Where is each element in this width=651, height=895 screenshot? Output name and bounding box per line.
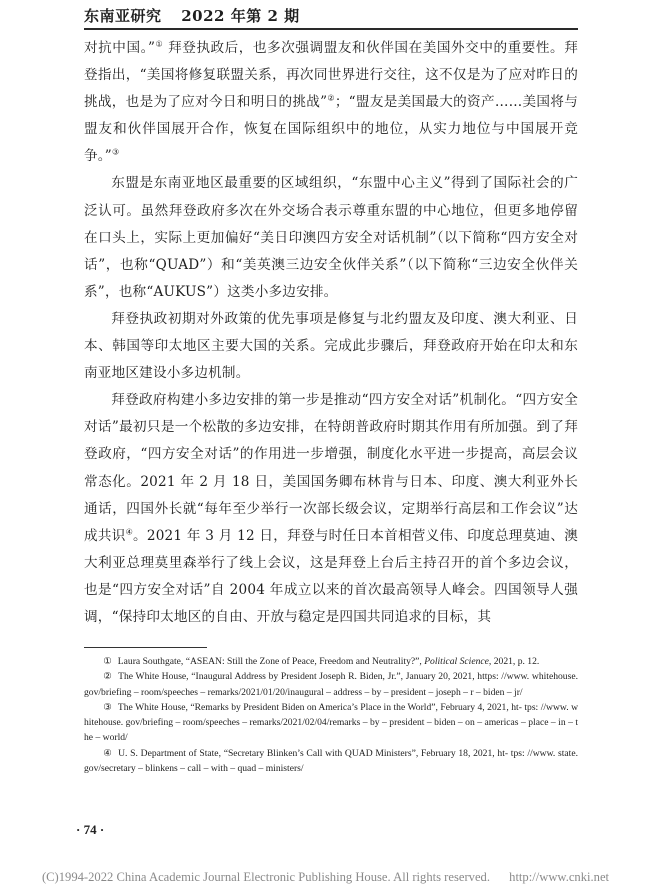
footnotes: ①Laura Southgate, “ASEAN: Still the Zone… [84,654,578,776]
footnote: ①Laura Southgate, “ASEAN: Still the Zone… [84,654,578,669]
footnote-text: The White House, “Remarks by President B… [84,702,578,744]
text-run: 东盟是东南亚地区最重要的区域组织，“东盟中心主义”得到了国际社会的广泛认可。虽然… [84,175,578,299]
footnote-divider [84,647,207,648]
footnote-text: U. S. Department of State, “Secretary Bl… [84,748,578,774]
text-run: 拜登政府构建小多边安排的第一步是推动“四方安全对话”机制化。“四方安全对话”最初… [84,392,578,543]
issue-label: 2022 年第 2 期 [181,7,299,25]
footnote-text: , 2021, p. 12. [489,656,539,667]
footnote-text: The White House, “Inaugural Address by P… [84,671,578,697]
footnote-number: ④ [103,748,112,759]
text-run: 对抗中国。” [84,40,155,56]
footnote-number: ③ [103,702,112,713]
copyright-text: (C)1994-2022 China Academic Journal Elec… [42,870,490,884]
footnote-text: Laura Southgate, “ASEAN: Still the Zone … [118,656,424,667]
copyright-footer: (C)1994-2022 China Academic Journal Elec… [0,870,651,885]
footnote: ③The White House, “Remarks by President … [84,700,578,746]
footnote-ref[interactable]: ④ [126,527,133,536]
paragraph: 东盟是东南亚地区最重要的区域组织，“东盟中心主义”得到了国际社会的广泛认可。虽然… [84,170,578,305]
paragraph: 拜登政府构建小多边安排的第一步是推动“四方安全对话”机制化。“四方安全对话”最初… [84,387,578,631]
footnote-ref[interactable]: ① [155,39,163,48]
footnote-ref[interactable]: ③ [112,148,119,157]
footnote-number: ① [103,656,112,667]
page-number: · 74 · [76,822,104,838]
footnote-number: ② [103,671,112,682]
footnote: ④U. S. Department of State, “Secretary B… [84,746,578,777]
running-header: 东南亚研究 2022 年第 2 期 [84,6,578,30]
paragraph: 拜登执政初期对外政策的优先事项是修复与北约盟友及印度、澳大利亚、日本、韩国等印太… [84,306,578,387]
body-text: 对抗中国。”① 拜登执政后，也多次强调盟友和伙伴国在美国外交中的重要性。拜登指出… [84,35,578,631]
journal-title: 东南亚研究 [84,7,162,25]
footnote-ref[interactable]: ② [327,94,335,103]
footnote: ②The White House, “Inaugural Address by … [84,669,578,700]
paragraph: 对抗中国。”① 拜登执政后，也多次强调盟友和伙伴国在美国外交中的重要性。拜登指出… [84,35,578,170]
cnki-link[interactable]: http://www.cnki.net [509,870,609,884]
text-run: 。2021 年 3 月 12 日，拜登与时任日本首相菅义伟、印度总理莫迪、澳大利… [84,528,578,625]
text-run: 拜登执政初期对外政策的优先事项是修复与北约盟友及印度、澳大利亚、日本、韩国等印太… [84,311,578,381]
footnote-source-title: Political Science [424,656,489,667]
